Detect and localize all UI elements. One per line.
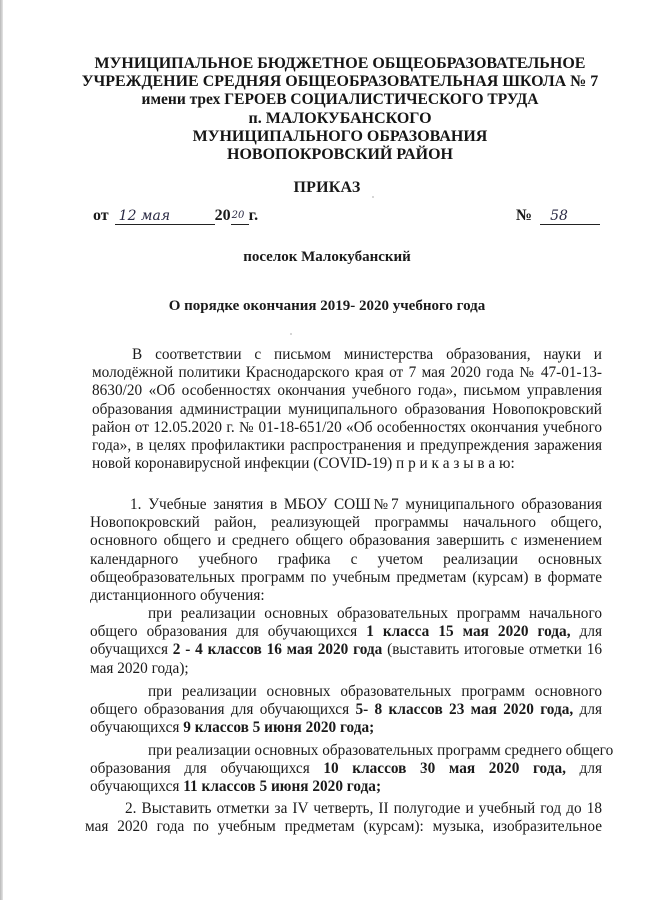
scan-speck [290, 333, 292, 335]
sub-item-secondary: при реализации основных образовательных … [90, 742, 602, 797]
text-span: образования для обучающихся [90, 760, 323, 777]
order-number: № 58 [516, 207, 600, 225]
text-line: обучащихся 2 - 4 классов 16 мая 2020 год… [90, 641, 602, 659]
handwritten-year: 20 [231, 209, 249, 225]
date-prefix: от [93, 207, 109, 225]
year-prefix: 20 [215, 207, 231, 225]
text-line: мая 2020 года по учебным предметам (курс… [85, 818, 602, 836]
header-line: НОВОПОКРОВСКИЙ РАЙОН [60, 146, 620, 164]
institution-header: МУНИЦИПАЛЬНОЕ БЮДЖЕТНОЕ ОБЩЕОБРАЗОВАТЕЛЬ… [60, 55, 620, 164]
text-span: для [573, 701, 602, 718]
header-line: УЧРЕЖДЕНИЕ СРЕДНЯЯ ОБЩЕОБРАЗОВАТЕЛЬНАЯ Ш… [60, 73, 620, 91]
text-line: общеобразовательных программ по учебным … [90, 569, 602, 587]
text-span: обучащихся [90, 641, 173, 658]
text-line: календарного учебного графика с учетом р… [90, 551, 602, 569]
bold-date: 2 - 4 классов 16 мая 2020 года [173, 641, 383, 658]
bold-date: 10 классов 30 мая 2020 года, [323, 760, 566, 777]
bold-date: 1 класса 15 мая 2020 года, [366, 623, 570, 640]
scan-speck [372, 196, 374, 198]
text-line: 2. Выставить отметки за IV четверть, II … [85, 800, 602, 818]
text-line: при реализации основных образовательных … [90, 605, 602, 623]
handwritten-date: 12 мая [115, 209, 215, 225]
text-line: при реализации основных образовательных … [90, 683, 602, 701]
order-date: от 12 мая 20 20 г. [93, 207, 258, 225]
place-line: поселок Малокубанский [0, 249, 654, 266]
text-line: основного общего и среднего общего образ… [90, 532, 602, 550]
scan-speck [425, 770, 427, 772]
text-line: обучающихся 11 классов 5 июня 2020 года; [90, 778, 602, 796]
text-line: образования администрации муниципального… [92, 401, 602, 419]
handwritten-number: 58 [540, 209, 600, 225]
text-line: 8630/20 «Об особенностях окончания учебн… [92, 382, 602, 400]
order-title: ПРИКАЗ [0, 179, 654, 197]
scan-page-edge [0, 0, 3, 900]
text-line: мая 2020 года); [90, 660, 602, 678]
text-line: район от 12.05.2020 г. № 01-18-651/20 «О… [92, 419, 602, 437]
text-line: общего образования для обучающихся 1 кла… [90, 623, 602, 641]
text-span: общего образования для обучающихся [90, 623, 366, 640]
text-line: при реализации основных образовательных … [90, 742, 602, 760]
number-label: № [516, 207, 532, 225]
text-line: молодёжной политики Краснодарского края … [92, 364, 602, 382]
intro-paragraph: В соответствии с письмом министерства об… [92, 346, 602, 473]
header-line: МУНИЦИПАЛЬНОГО ОБРАЗОВАНИЯ [60, 128, 620, 146]
header-line: имени трех ГЕРОЕВ СОЦИАЛИСТИЧЕСКОГО ТРУД… [60, 91, 620, 109]
text-line: новой коронавирусной инфекции (COVID-19)… [92, 455, 602, 473]
sub-item-primary: при реализации основных образовательных … [90, 605, 602, 678]
text-span: обучающихся [90, 719, 183, 736]
item-2-paragraph: 2. Выставить отметки за IV четверть, II … [85, 800, 602, 836]
text-line: общего образования для обучающихся 5- 8 … [90, 701, 602, 719]
bold-date: 11 классов 5 июня 2020 года; [183, 778, 381, 795]
text-line: образования для обучающихся 10 классов 3… [90, 760, 602, 778]
text-line: 1. Учебные занятия в МБОУ СОШ№7 муниципа… [90, 496, 602, 514]
text-line: дистанционного обучения: [90, 587, 602, 605]
text-line: обучающихся 9 классов 5 июня 2020 года; [90, 719, 602, 737]
header-line: МУНИЦИПАЛЬНОЕ БЮДЖЕТНОЕ ОБЩЕОБРАЗОВАТЕЛЬ… [60, 55, 620, 73]
order-subject: О порядке окончания 2019- 2020 учебного … [0, 298, 654, 315]
sub-item-basic: при реализации основных образовательных … [90, 683, 602, 738]
bold-date: 9 классов 5 июня 2020 года; [183, 719, 374, 736]
bold-date: 5- 8 классов 23 мая 2020 года, [355, 701, 573, 718]
header-line: п. МАЛОКУБАНСКОГО [60, 110, 620, 128]
text-line: Новопокровский район, реализующей програ… [90, 514, 602, 532]
text-span: общего образования для обучающихся [90, 701, 355, 718]
text-span: обучающихся [90, 778, 183, 795]
text-line: года», в целях профилактики распростране… [92, 437, 602, 455]
text-span: для [571, 623, 602, 640]
item-1-paragraph: 1. Учебные занятия в МБОУ СОШ№7 муниципа… [90, 496, 602, 605]
text-span: для [566, 760, 602, 777]
year-suffix: г. [249, 207, 258, 225]
text-line: В соответствии с письмом министерства об… [92, 346, 602, 364]
text-span: (выставить итоговые отметки 16 [382, 641, 602, 658]
